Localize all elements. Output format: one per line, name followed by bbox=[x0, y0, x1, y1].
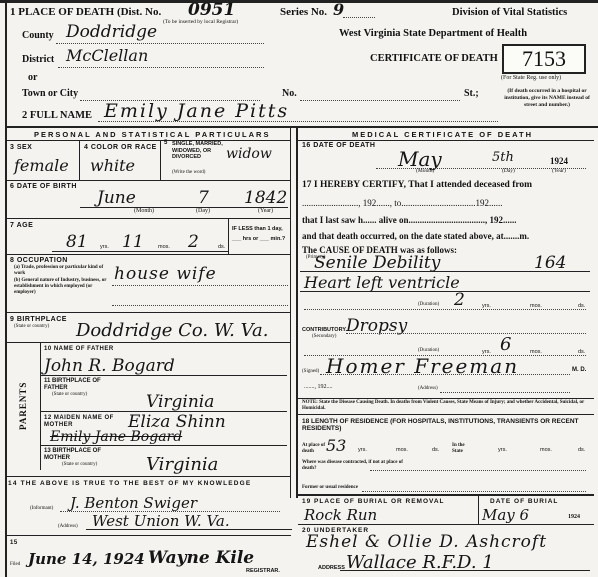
in-state-ds-label: ds. bbox=[578, 447, 585, 453]
section-divider bbox=[5, 126, 598, 128]
duration-1-line bbox=[304, 309, 586, 310]
contributory-line bbox=[346, 333, 586, 334]
medical-section-title: MEDICAL CERTIFICATE OF DEATH bbox=[352, 130, 533, 139]
burial-label: 19 PLACE OF BURIAL OR REMOVAL bbox=[302, 498, 445, 505]
series-dotline bbox=[343, 17, 375, 18]
note-rule-top bbox=[298, 398, 594, 399]
occupation-label: 8 OCCUPATION bbox=[10, 257, 68, 264]
father-rule bbox=[41, 375, 287, 376]
age-ds-label: ds. bbox=[218, 244, 225, 250]
dob-label: 6 DATE OF BIRTH bbox=[10, 183, 77, 190]
marital-note: (Write the word) bbox=[172, 170, 205, 175]
row-rule-3 bbox=[5, 254, 291, 255]
former-residence-line bbox=[362, 491, 586, 492]
state-number-box: 7153 bbox=[502, 44, 586, 74]
burial-date-label: DATE OF BURIAL bbox=[490, 498, 558, 505]
registrar-signature: Wayne Kile bbox=[148, 548, 254, 568]
street-line bbox=[300, 100, 460, 101]
cause-rule-1 bbox=[300, 271, 590, 272]
father-label: 10 NAME OF FATHER bbox=[44, 346, 114, 353]
mother-struck-value: Emily Jane Bogard bbox=[50, 429, 182, 445]
no-label: No. bbox=[282, 88, 297, 99]
dob-year: 1842 bbox=[244, 188, 287, 208]
age-months: 11 bbox=[122, 232, 144, 252]
at-place-mos-label: mos. bbox=[396, 447, 408, 453]
district-value: McClellan bbox=[66, 46, 148, 65]
filed-label: Filed bbox=[10, 562, 20, 567]
cause-primary: Senile Debility bbox=[314, 253, 440, 273]
personal-section-title: PERSONAL AND STATISTICAL PARTICULARS bbox=[34, 130, 270, 139]
birthplace-value: Doddridge Co. W. Va. bbox=[76, 320, 268, 341]
in-state-label: In the State bbox=[452, 443, 476, 454]
burial-year: 1924 bbox=[568, 514, 580, 520]
dod-day: 5th bbox=[492, 150, 514, 165]
state-number-note: (For State Reg. use only) bbox=[501, 75, 561, 81]
race-value: white bbox=[90, 156, 135, 175]
informant-label: (Informant) bbox=[30, 506, 53, 511]
informant-address-label: (Address) bbox=[58, 524, 78, 529]
county-value: Doddridge bbox=[66, 22, 157, 42]
row-rule-2 bbox=[5, 218, 291, 219]
contracted-line bbox=[370, 470, 586, 471]
county-line bbox=[56, 43, 264, 44]
sex-label: 3 SEX bbox=[10, 144, 32, 151]
dob-day-caption: (Day) bbox=[196, 208, 210, 214]
cause-note: NOTE: State the Disease Causing Death. I… bbox=[302, 400, 592, 412]
signed-label: (Signed) bbox=[302, 369, 319, 374]
occupation-line-2 bbox=[112, 305, 288, 306]
column-divider bbox=[296, 128, 298, 498]
at-place-label: At place of death bbox=[302, 443, 326, 454]
former-residence-label: Former or usual residence bbox=[302, 485, 358, 490]
md-label: M. D. bbox=[572, 367, 586, 373]
full-name-label: 2 FULL NAME bbox=[22, 110, 92, 121]
age-line bbox=[52, 251, 228, 252]
row-rule-1 bbox=[5, 180, 291, 181]
district-line bbox=[58, 67, 264, 68]
at-place-ds-label: ds. bbox=[432, 447, 439, 453]
certify-line-3: that I last saw h...... alive on........… bbox=[302, 215, 517, 225]
age-years: 81 bbox=[66, 232, 88, 252]
burial-place: Rock Run bbox=[304, 506, 377, 524]
occupation-a: (a) Trade, profession or particular kind… bbox=[14, 265, 114, 277]
marital-num: 5 bbox=[164, 140, 168, 146]
medical-title-rule bbox=[298, 140, 594, 141]
residence-label: 18 LENGTH OF RESIDENCE (FOR HOSPITALS, I… bbox=[302, 418, 592, 432]
certificate-title: CERTIFICATE OF DEATH bbox=[370, 53, 498, 64]
informant-address-value: West Union W. Va. bbox=[92, 512, 230, 530]
undertaker-address-line bbox=[340, 570, 590, 571]
age-label: 7 AGE bbox=[10, 222, 33, 229]
note-rule-bottom bbox=[298, 414, 594, 415]
duration-2-label: (Duration) bbox=[418, 348, 439, 353]
full-name-line bbox=[98, 121, 498, 122]
dob-month: June bbox=[97, 188, 136, 208]
dod-year: 1924 bbox=[550, 156, 568, 166]
age-days: 2 bbox=[188, 232, 199, 252]
father-birthplace-label: 11 BIRTHPLACE OF FATHER bbox=[44, 378, 124, 391]
hospital-note: (If death occurred in a hospital or inst… bbox=[504, 88, 590, 109]
in-state-mos-label: mos. bbox=[540, 447, 552, 453]
contributory-label: CONTRIBUTORY bbox=[302, 327, 346, 333]
birthplace-label: 9 BIRTHPLACE bbox=[10, 316, 67, 323]
death-certificate: 1 PLACE OF DEATH (Dist. No. 0951 (To be … bbox=[0, 0, 598, 577]
informant-address-line bbox=[86, 529, 292, 530]
occupation-b: (b) General nature of Industry, business… bbox=[14, 278, 114, 296]
occupation-line-1 bbox=[112, 285, 288, 286]
cause-code: 164 bbox=[534, 253, 566, 273]
row-rule-5 bbox=[5, 342, 291, 343]
age-yrs-label: yrs. bbox=[100, 244, 109, 250]
row-rule-7 bbox=[5, 535, 291, 536]
birthplace-note: (State or country) bbox=[14, 324, 49, 329]
parents-divider bbox=[40, 342, 41, 470]
signed-address-line bbox=[440, 392, 570, 393]
dob-month-caption: (Month) bbox=[134, 208, 154, 214]
burial-divider bbox=[478, 494, 479, 524]
dist-no-value: 0951 bbox=[188, 0, 235, 20]
mother-rule bbox=[41, 445, 287, 446]
race-marital-divider bbox=[160, 140, 161, 180]
age-mos-label: mos. bbox=[158, 244, 170, 250]
sex-race-divider bbox=[79, 140, 80, 180]
st-label: St.; bbox=[464, 88, 479, 99]
burial-rule-bottom bbox=[298, 524, 594, 525]
filed-date: June 14, 1924 bbox=[28, 550, 145, 568]
duration-1-label: (Duration) bbox=[418, 302, 439, 307]
cause-rule-2 bbox=[300, 291, 590, 292]
signed-address-label: (Address) bbox=[418, 386, 438, 391]
dod-month-caption: (Month) bbox=[416, 168, 434, 174]
district-label: District bbox=[22, 54, 54, 65]
marital-label: SINGLE, MARRIED, WIDOWED, OR DIVORCED bbox=[172, 141, 224, 161]
town-label: Town or City bbox=[22, 88, 78, 99]
mother-birthplace-note: (State or country) bbox=[62, 462, 97, 467]
mother-label: 12 MAIDEN NAME OF MOTHER bbox=[44, 415, 124, 428]
dod-day-caption: (Day) bbox=[502, 168, 515, 174]
signed-date: ......., 192.... bbox=[304, 384, 333, 390]
place-of-death-label: 1 PLACE OF DEATH (Dist. No. bbox=[10, 6, 161, 18]
certify-line-2: ........................., 192......, to… bbox=[302, 198, 503, 208]
dod-label: 16 DATE OF DEATH bbox=[302, 142, 375, 149]
left-border bbox=[5, 0, 7, 577]
department-title: West Virginia State Department of Health bbox=[339, 28, 527, 39]
certify-line-4: and that death occurred, on the date sta… bbox=[302, 231, 529, 241]
or-label: or bbox=[28, 72, 37, 83]
duration-1-yrs: 2 bbox=[454, 290, 465, 310]
burial-rule-top bbox=[298, 494, 594, 496]
father-birthplace-value: Virginia bbox=[146, 392, 214, 412]
personal-title-rule bbox=[5, 140, 291, 141]
series-label: Series No. bbox=[280, 6, 327, 18]
mother-birthplace-label: 13 BIRTHPLACE OF MOTHER bbox=[44, 448, 124, 461]
occupation-value: house wife bbox=[114, 264, 217, 284]
sex-value: female bbox=[14, 156, 69, 175]
mother-birthplace-value: Virginia bbox=[146, 454, 218, 475]
undertaker-value: Eshel & Ollie D. Ashcroft bbox=[306, 532, 547, 552]
marital-value: widow bbox=[226, 146, 272, 162]
burial-date: May 6 bbox=[482, 506, 529, 524]
at-place-yrs-label: yrs. bbox=[358, 447, 367, 453]
row-rule-6 bbox=[5, 476, 291, 477]
county-label: County bbox=[22, 30, 54, 41]
division-title: Division of Vital Statistics bbox=[452, 7, 567, 18]
certify-line-1: 17 I HEREBY CERTIFY, That I attended dec… bbox=[302, 180, 532, 190]
dob-year-caption: (Year) bbox=[258, 208, 273, 214]
cause-primary-2: Heart left ventricle bbox=[304, 273, 460, 292]
father-birthplace-note: (State or country) bbox=[52, 392, 87, 397]
less-than-label: IF LESS than 1 day, ___ hrs or ___ min.? bbox=[232, 224, 288, 244]
in-state-yrs-label: yrs. bbox=[498, 447, 507, 453]
age-divider bbox=[228, 218, 229, 254]
top-border bbox=[0, 0, 598, 3]
full-name-value: Emily Jane Pitts bbox=[104, 100, 289, 122]
row-rule-4 bbox=[5, 312, 291, 313]
duration-2-mos: 6 bbox=[500, 334, 511, 355]
father-value: John R. Bogard bbox=[44, 356, 175, 376]
dob-day: 7 bbox=[198, 188, 209, 208]
column-divider-inner bbox=[290, 128, 291, 498]
secondary-label: (Secondary) bbox=[312, 334, 336, 339]
registrar-label: REGISTRAR. bbox=[246, 568, 280, 574]
state-number: 7153 bbox=[504, 46, 584, 72]
dob-line bbox=[80, 207, 288, 208]
at-place-yrs: 53 bbox=[326, 436, 346, 455]
informant-value: J. Benton Swiger bbox=[70, 494, 197, 512]
parents-label: PARENTS bbox=[18, 382, 28, 430]
informant-statement: 14 THE ABOVE IS TRUE TO THE BEST OF MY K… bbox=[8, 480, 251, 487]
dod-year-caption: (Year) bbox=[552, 168, 566, 174]
signed-line bbox=[320, 374, 570, 375]
dist-no-note: (To be inserted by local Registrar) bbox=[163, 19, 238, 25]
race-label: 4 COLOR OR RACE bbox=[84, 144, 157, 151]
filed-num: 15 bbox=[10, 540, 18, 546]
